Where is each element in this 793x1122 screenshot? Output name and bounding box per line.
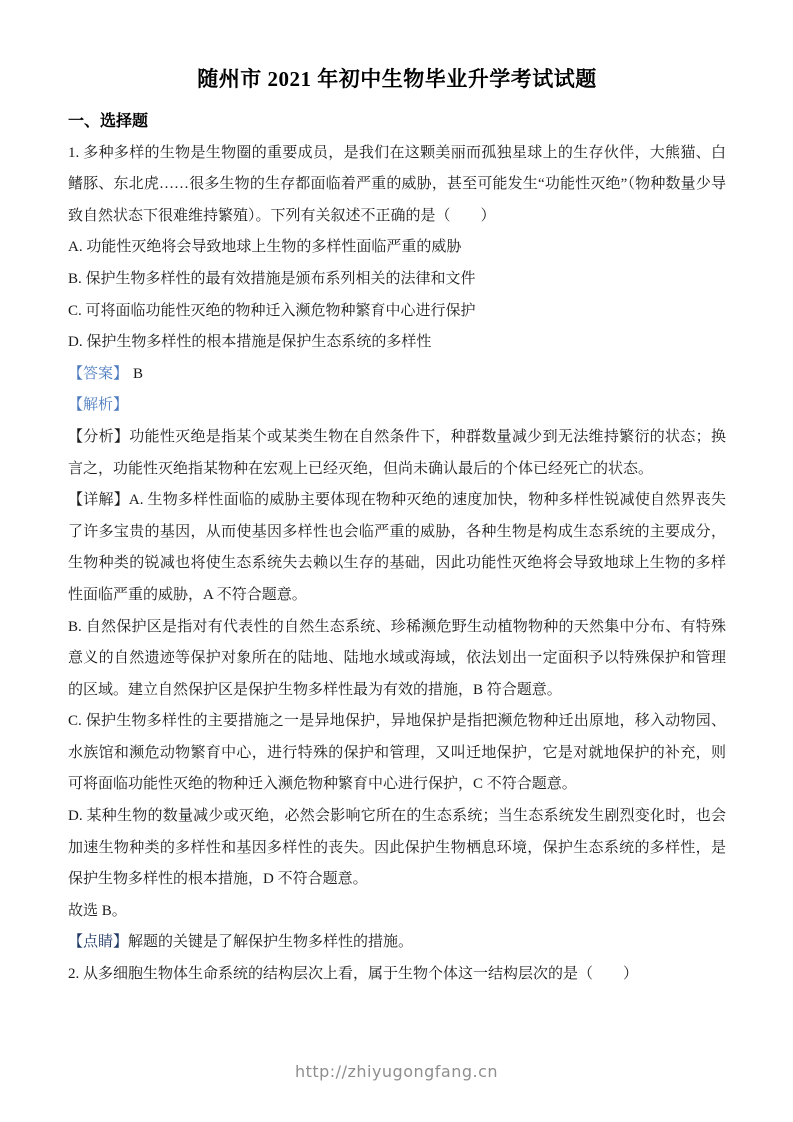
conclusion-line: 故选 B。 [68,896,726,928]
xiangjie-paragraph-a: 【详解】A. 生物多样性面临的威胁主要体现在物种灭绝的速度加快，物种多样性锐减使… [68,485,726,611]
answer-value: B [128,366,143,382]
question1-option-a: A. 功能性灭绝将会导致地球上生物的多样性面临严重的威胁 [68,232,726,264]
xiangjie-paragraph-d: D. 某种生物的数量减少或灭绝，必然会影响它所在的生态系统；当生态系统发生剧烈变… [68,801,726,896]
tip-paragraph: 【点睛】解题的关键是了解保护生物多样性的措施。 [68,927,726,959]
xiangjie-paragraph-c: C. 保护生物多样性的主要措施之一是异地保护，异地保护是指把濒危物种迁出原地，移… [68,706,726,801]
xiangjie-paragraph-b: B. 自然保护区是指对有代表性的自然生态系统、珍稀濒危野生动植物物种的天然集中分… [68,612,726,707]
page-title: 随州市 2021 年初中生物毕业升学考试试题 [68,64,726,94]
question1-option-d: D. 保护生物多样性的根本措施是保护生态系统的多样性 [68,327,726,359]
section-heading: 一、选择题 [68,106,726,138]
fenxi-paragraph: 【分析】功能性灭绝是指某个或某类生物在自然条件下，种群数量减少到无法维持繁衍的状… [68,422,726,485]
answer-line: 【答案】B [68,359,726,391]
question2-stem: 2. 从多细胞生物体生命系统的结构层次上看，属于生物个体这一结构层次的是（ ） [68,959,726,991]
document-page: 随州市 2021 年初中生物毕业升学考试试题 一、选择题 1. 多种多样的生物是… [0,0,793,1122]
analysis-heading-line: 【解析】 [68,390,726,422]
question1-option-b: B. 保护生物多样性的最有效措施是颁布系列相关的法律和文件 [68,264,726,296]
fenxi-text: 功能性灭绝是指某个或某类生物在自然条件下，种群数量减少到无法维持繁衍的状态；换言… [68,429,726,477]
question1-stem: 1. 多种多样的生物是生物圈的重要成员，是我们在这颗美丽而孤独星球上的生存伙伴，… [68,138,726,233]
footer-url[interactable]: http://zhiyugongfang.cn [0,1062,793,1081]
question1-option-c: C. 可将面临功能性灭绝的物种迁入濒危物种繁育中心进行保护 [68,296,726,328]
tip-label: 【点睛】 [68,934,128,950]
fenxi-label: 【分析】 [68,429,129,445]
analysis-label: 【解析】 [68,397,128,413]
tip-text: 解题的关键是了解保护生物多样性的措施。 [128,934,413,950]
answer-label: 【答案】 [68,366,128,382]
xiangjie-label: 【详解】 [68,492,129,508]
xiangjie-text-a: A. 生物多样性面临的威胁主要体现在物种灭绝的速度加快，物种多样性锐减使自然界丧… [68,492,726,603]
